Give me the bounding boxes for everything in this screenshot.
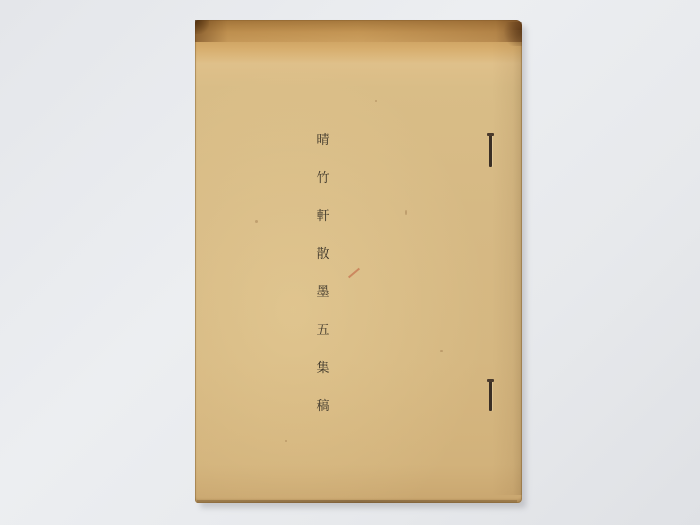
vertical-title: 晴 竹 軒 散 墨 五 集 稿 [308,133,338,437]
bottom-edge [197,500,517,503]
paper-speck [375,100,377,102]
booklet-cover: 晴 竹 軒 散 墨 五 集 稿 [195,20,522,503]
top-edge-discoloration [195,20,522,42]
staple-upper [489,135,492,167]
corner-wear-top-left [195,20,209,34]
title-char: 軒 [316,209,329,247]
paper-speck [405,210,407,215]
staple-lower [489,381,492,411]
title-char: 竹 [316,171,329,209]
paper-speck [285,440,287,442]
title-char: 墨 [316,285,329,323]
title-char: 五 [316,323,329,361]
title-char: 集 [316,361,329,399]
spine-edge [492,30,522,495]
title-char: 稿 [316,399,329,437]
title-char: 晴 [316,133,329,171]
paper-speck [255,220,258,223]
paper-mark [348,268,360,279]
title-char: 散 [316,247,329,285]
paper-speck [440,350,443,352]
